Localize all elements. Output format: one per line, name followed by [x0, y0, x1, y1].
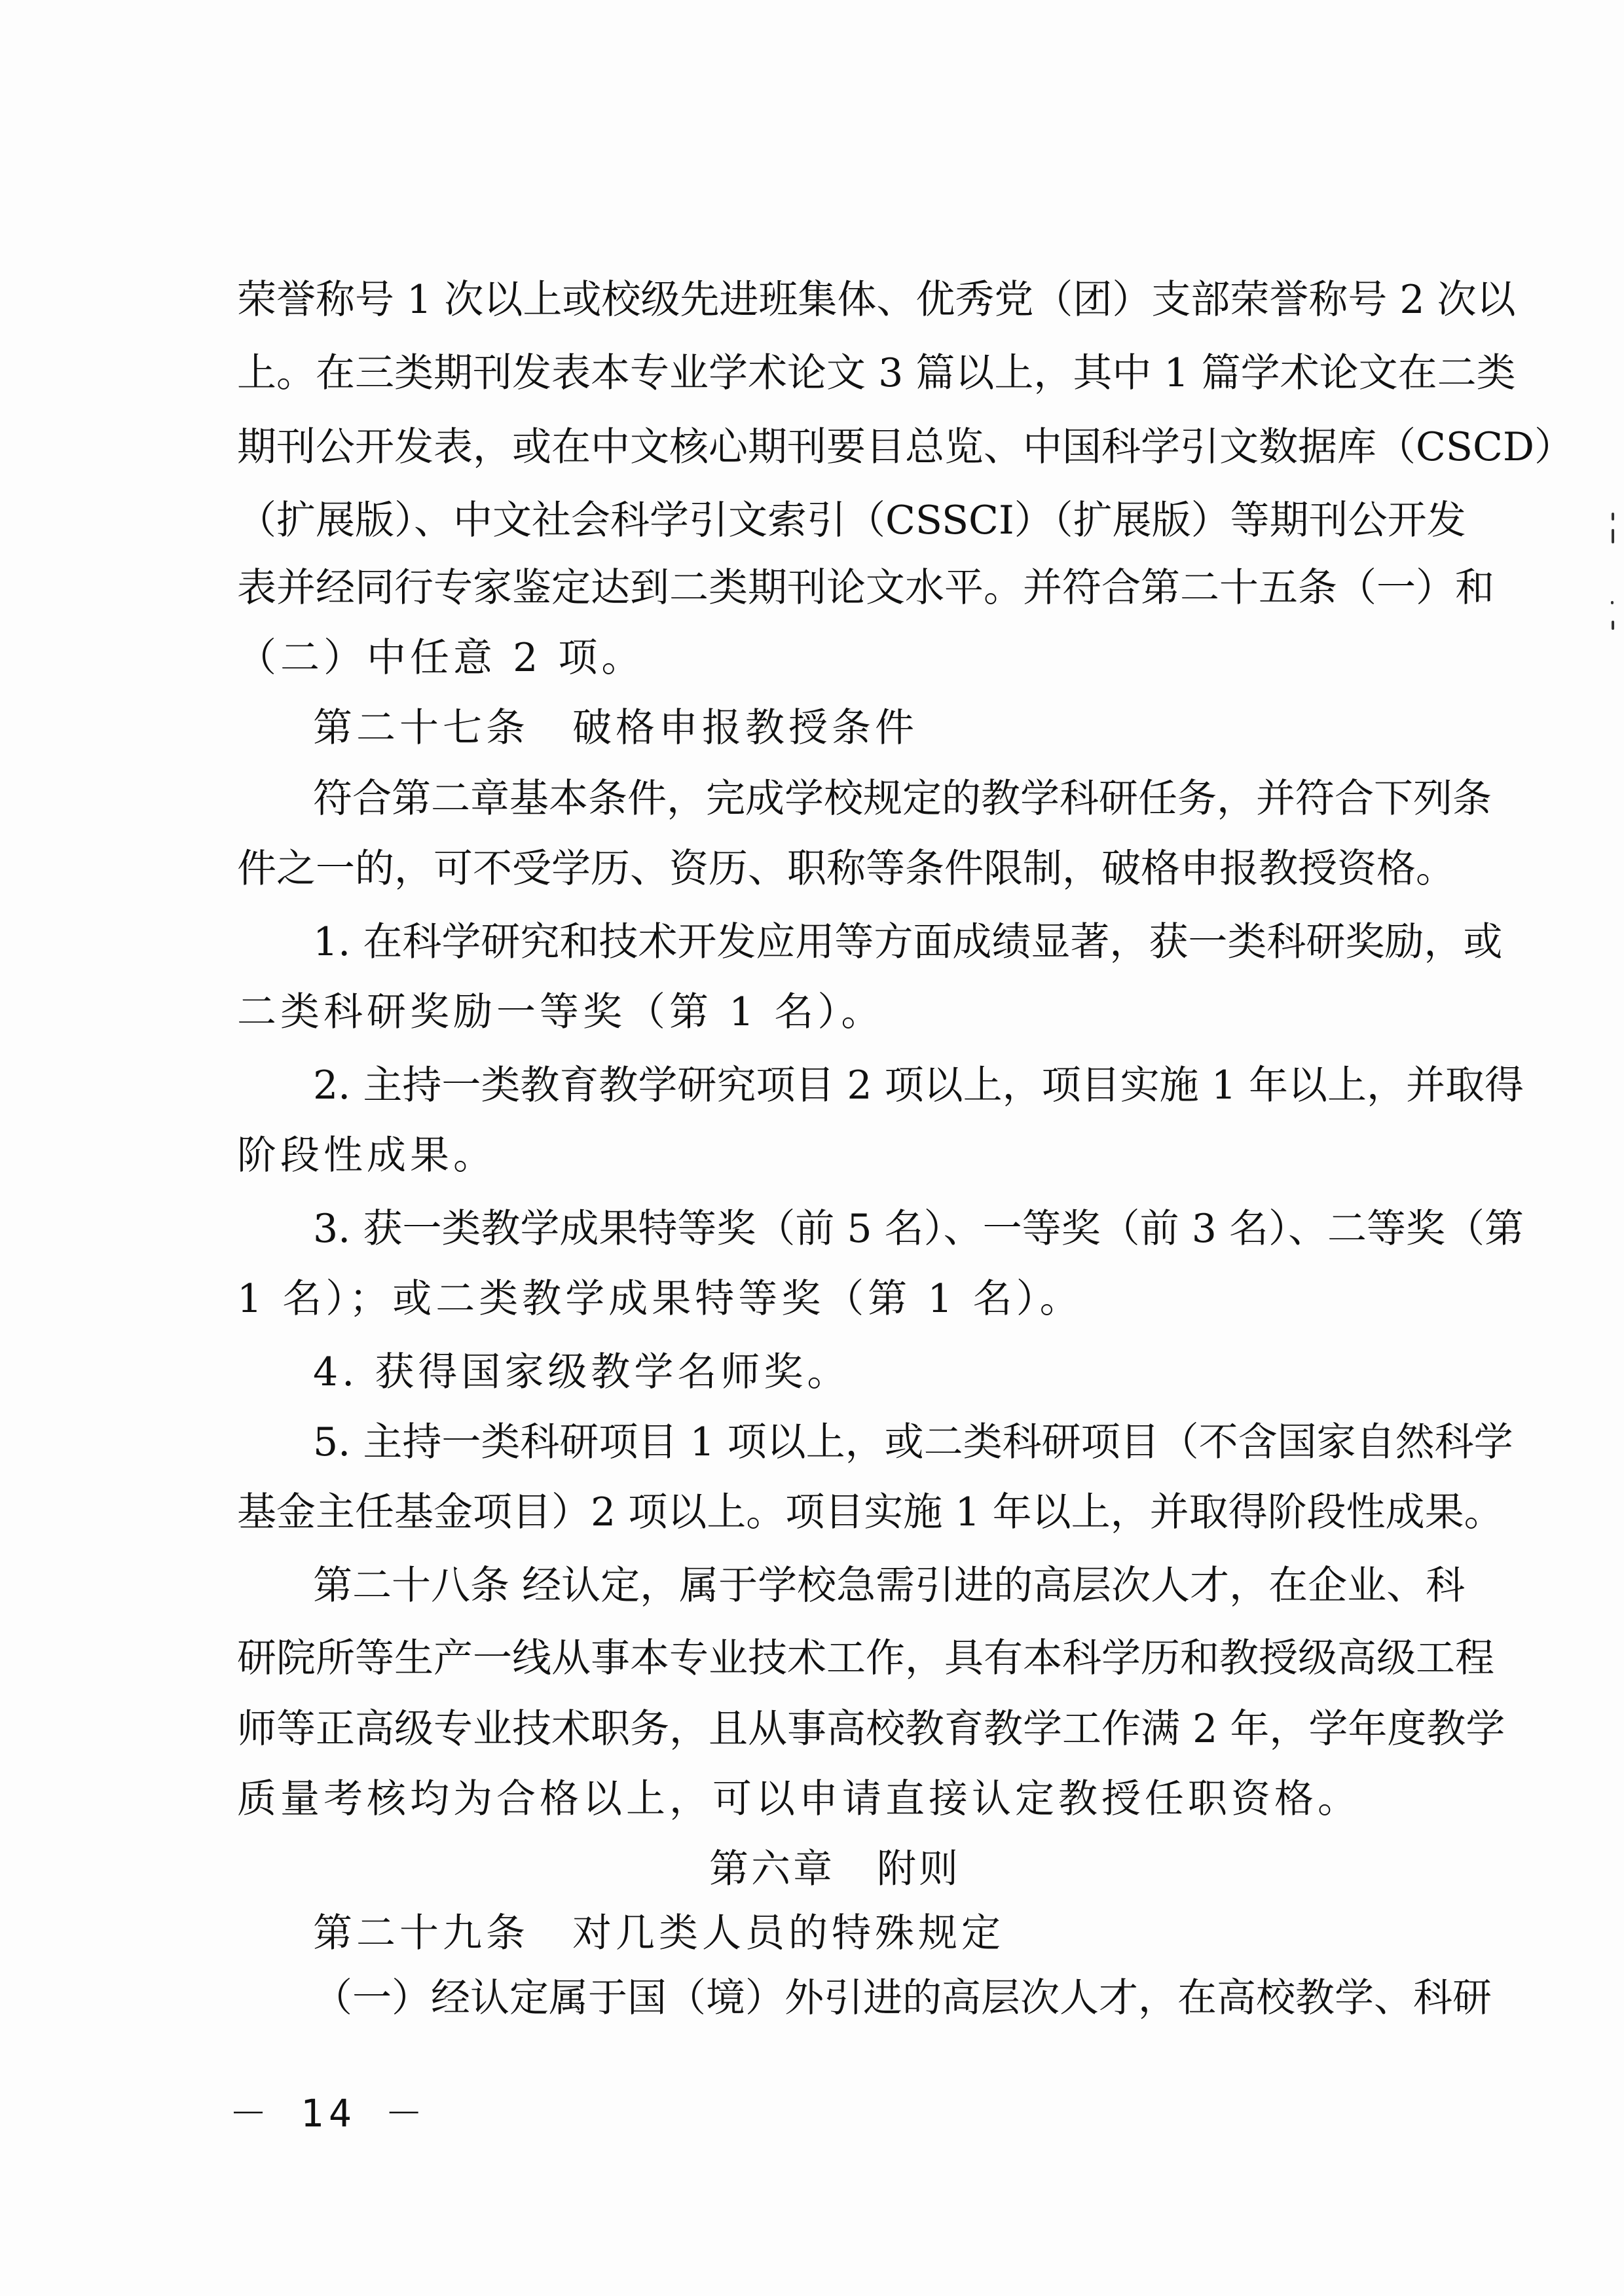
body-line: 上。在三类期刊发表本专业学术论文 3 篇以上，其中 1 篇学术论文在二类 [237, 347, 1433, 399]
list-item-5-cont: 基金主任基金项目）2 项以上。项目实施 1 年以上，并取得阶段性成果。 [237, 1486, 1433, 1539]
body-line: （二）中任意 2 项。 [237, 632, 1433, 684]
list-item-5: 5. 主持一类科研项目 1 项以上，或二类科研项目（不含国家自然科学 [313, 1416, 1433, 1468]
body-line: 研院所等生产一线从事本专业技术工作，具有本科学历和教授级高级工程 [237, 1632, 1433, 1685]
document-page: 荣誉称号 1 次以上或校级先进班集体、优秀党（团）支部荣誉称号 2 次以 上。在… [0, 0, 1624, 2296]
body-line: （一）经认定属于国（境）外引进的高层次人才，在高校教学、科研 [313, 1972, 1433, 2024]
article-29-heading: 第二十九条 对几类人员的特殊规定 [313, 1907, 1433, 1959]
body-line: 符合第二章基本条件，完成学校规定的教学科研任务，并符合下列条 [313, 773, 1433, 825]
article-28: 第二十八条 经认定，属于学校急需引进的高层次人才，在企业、科 [313, 1559, 1433, 1612]
scan-artifact [1612, 529, 1614, 543]
scan-artifact [1612, 513, 1614, 520]
list-item-3-cont: 1 名）；或二类教学成果特等奖（第 1 名）。 [237, 1273, 1433, 1325]
list-item-1-cont: 二类科研奖励一等奖（第 1 名）。 [237, 986, 1433, 1038]
page-number: － 14 － [229, 2092, 428, 2134]
scan-artifact [1612, 621, 1614, 630]
body-line: 荣誉称号 1 次以上或校级先进班集体、优秀党（团）支部荣誉称号 2 次以 [237, 274, 1433, 326]
chapter-6-heading: 第六章 附则 [237, 1843, 1433, 1895]
body-line: 期刊公开发表，或在中文核心期刊要目总览、中国科学引文数据库（CSCD） [237, 421, 1433, 473]
list-item-4: 4. 获得国家级教学名师奖。 [313, 1346, 1433, 1398]
body-line: 表并经同行专家鉴定达到二类期刊论文水平。并符合第二十五条（一）和 [237, 562, 1433, 614]
body-line: 师等正高级专业技术职务，且从事高校教育教学工作满 2 年，学年度教学 [237, 1703, 1433, 1755]
list-item-2-cont: 阶段性成果。 [237, 1129, 1433, 1182]
list-item-1: 1. 在科学研究和技术开发应用等方面成绩显著，获一类科研奖励，或 [313, 916, 1433, 968]
list-item-3: 3. 获一类教学成果特等奖（前 5 名）、一等奖（前 3 名）、二等奖（第 [313, 1203, 1433, 1255]
scan-artifact [1611, 601, 1614, 604]
list-item-2: 2. 主持一类教育教学研究项目 2 项以上，项目实施 1 年以上，并取得 [313, 1059, 1433, 1112]
body-line: 件之一的，可不受学历、资历、职称等条件限制，破格申报教授资格。 [237, 843, 1433, 895]
body-line: 质量考核均为合格以上，可以申请直接认定教授任职资格。 [237, 1773, 1433, 1825]
article-27-heading: 第二十七条 破格申报教授条件 [313, 702, 1433, 754]
body-line: （扩展版）、中文社会科学引文索引（CSSCI）（扩展版）等期刊公开发 [237, 494, 1433, 547]
